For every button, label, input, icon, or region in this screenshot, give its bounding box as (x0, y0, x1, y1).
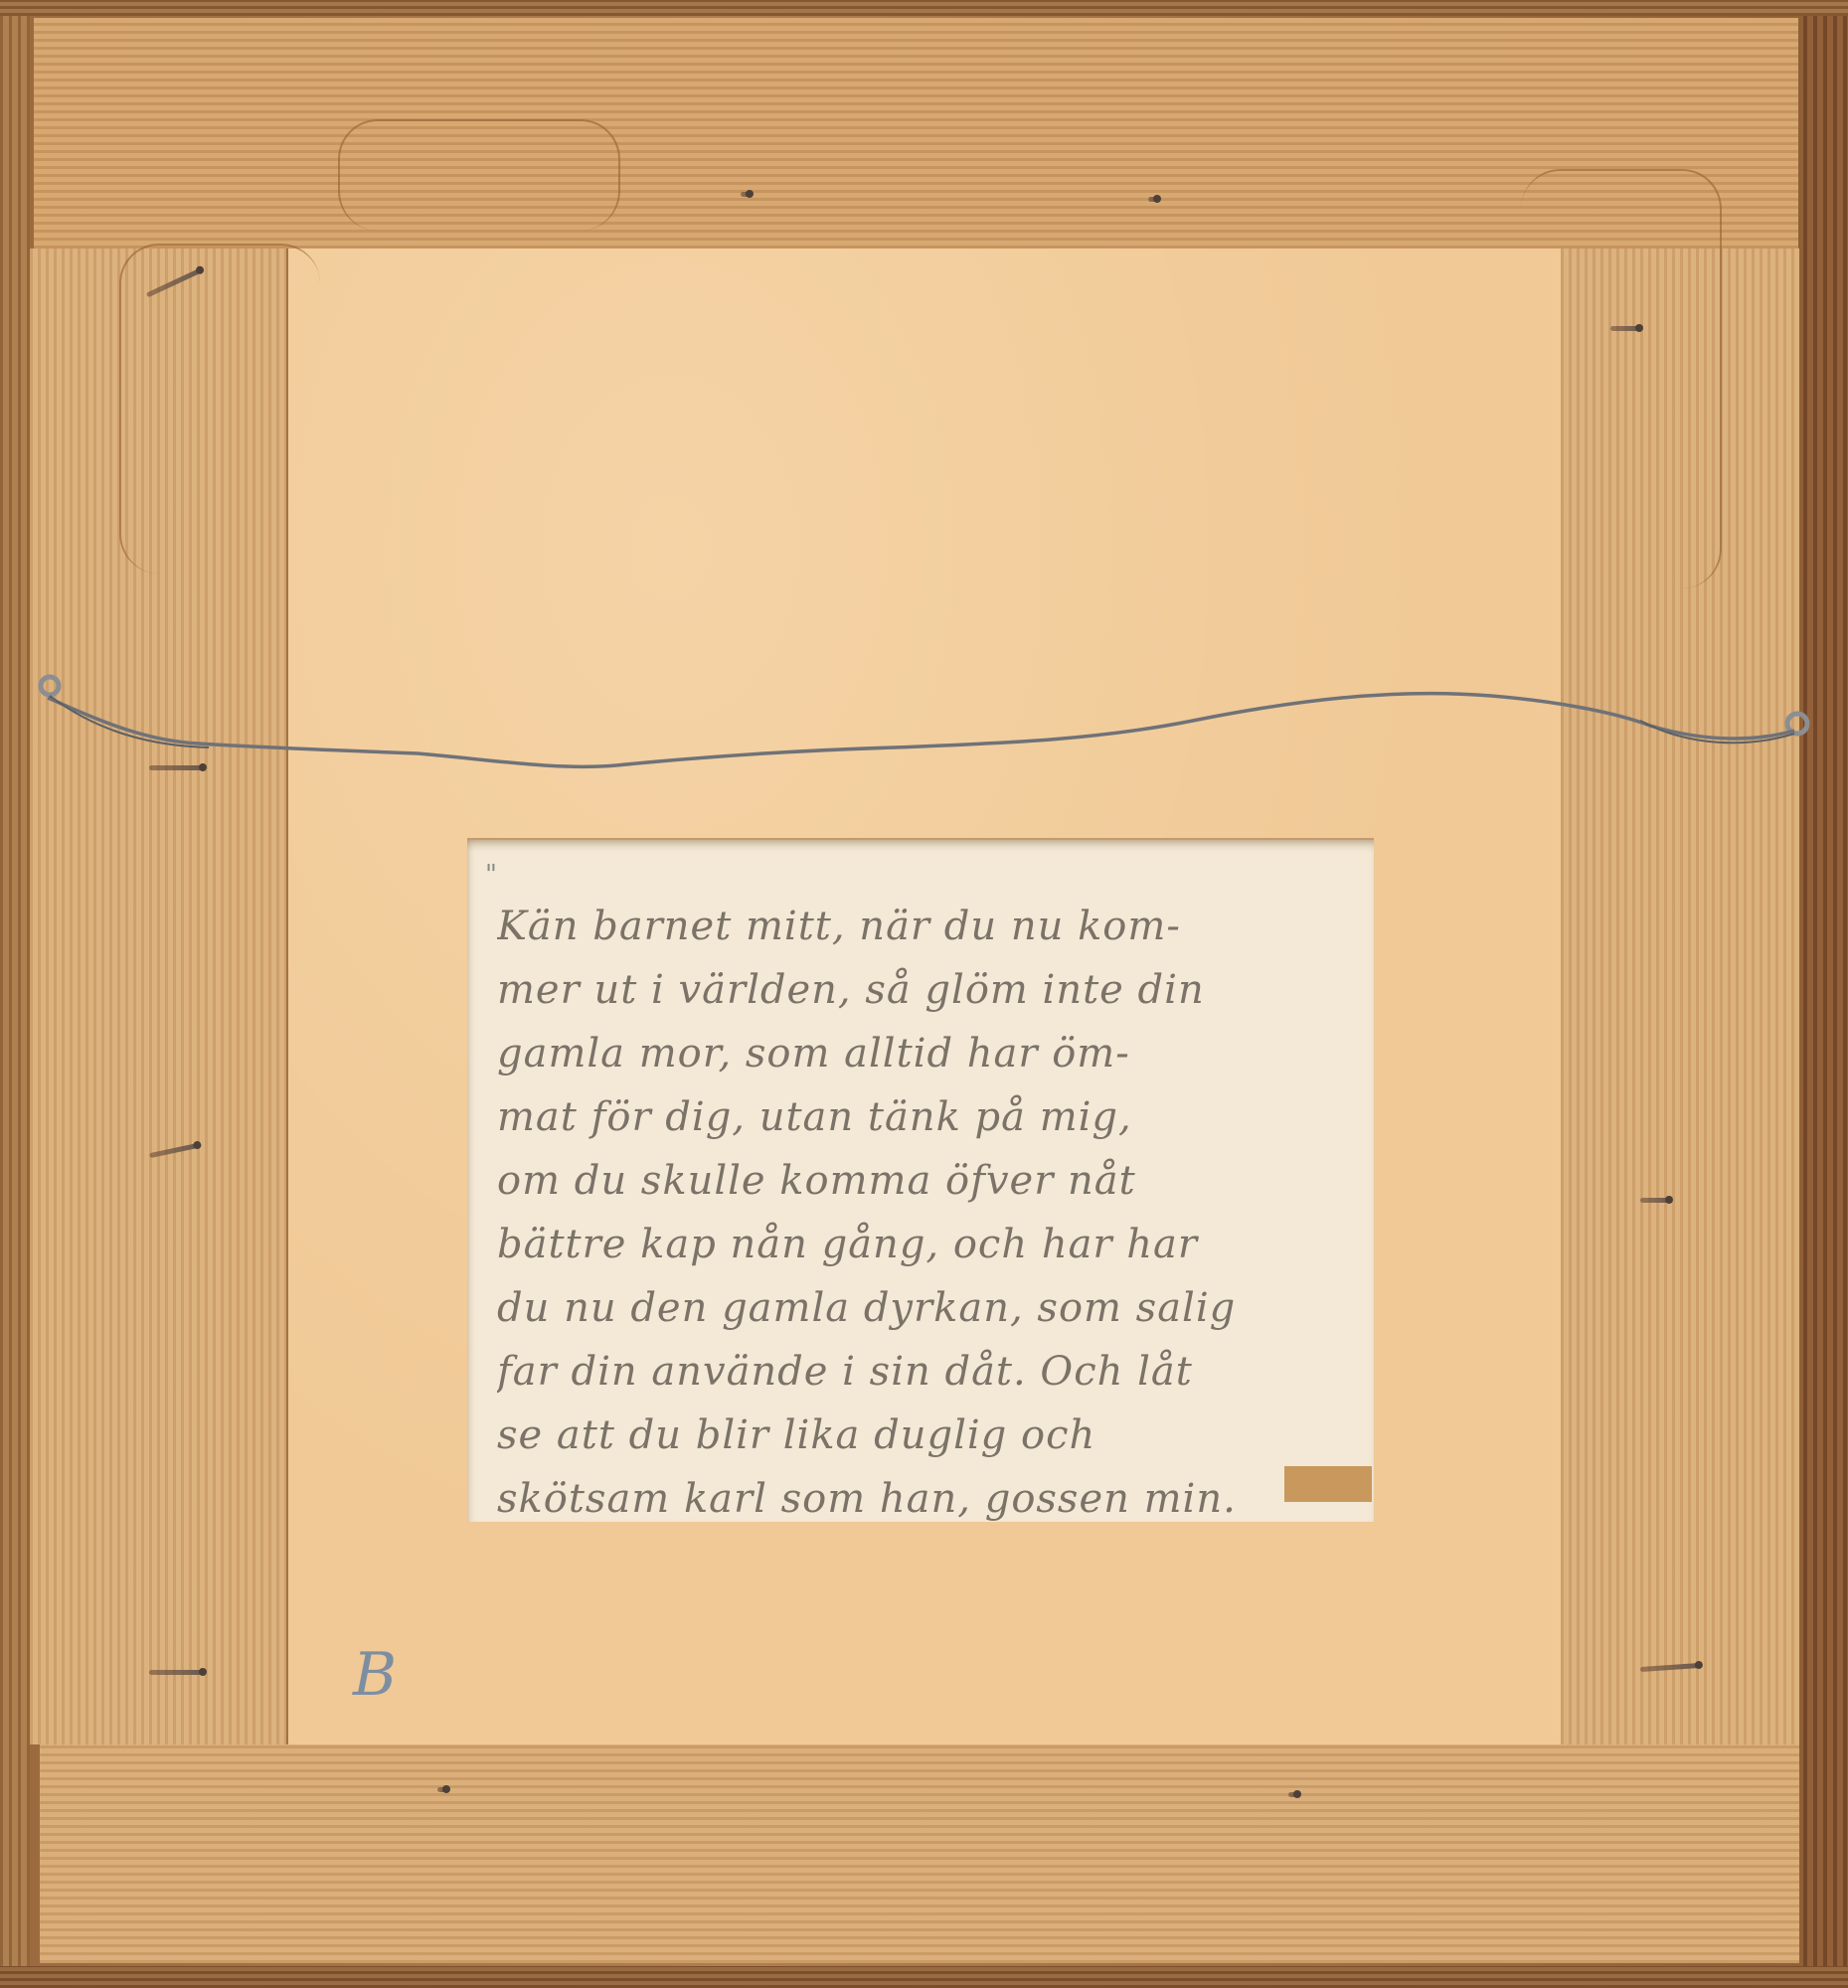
tape-tear-top (338, 119, 620, 231)
nail (1640, 1198, 1670, 1203)
nail (437, 1787, 447, 1792)
nail (1288, 1792, 1298, 1797)
note-line: Kän barnet mitt, när du nu kom- (497, 895, 1354, 958)
note-line: se att du blir lika duglig och (497, 1404, 1354, 1467)
tape-tear-right (1521, 169, 1722, 588)
nail (1610, 326, 1640, 331)
frame-bottom-edge (0, 1966, 1848, 1988)
handwritten-note: " Kän barnet mitt, när du nu kom- mer ut… (467, 838, 1374, 1522)
blue-pencil-mark: B (353, 1640, 397, 1710)
tape-stain (1284, 1466, 1372, 1502)
nail (149, 1670, 204, 1675)
frame-top-edge (0, 0, 1848, 16)
frame-left-edge (0, 0, 30, 1988)
note-line: bättre kap nån gång, och har har (497, 1213, 1354, 1276)
opening-quote-mark: " (485, 860, 497, 890)
nail (149, 765, 204, 770)
picture-frame: " Kän barnet mitt, när du nu kom- mer ut… (0, 0, 1848, 1988)
nail (1148, 197, 1158, 202)
note-line: far din använde i sin dåt. Och låt (497, 1340, 1354, 1404)
note-line: du nu den gamla dyrkan, som salig (497, 1276, 1354, 1340)
note-text: Kän barnet mitt, när du nu kom- mer ut i… (497, 895, 1354, 1531)
note-line: mat för dig, utan tänk på mig, (497, 1085, 1354, 1149)
tape-strip-bottom (40, 1744, 1799, 1963)
note-line: mer ut i världen, så glöm inte din (497, 958, 1354, 1022)
note-line: om du skulle komma öfver nåt (497, 1149, 1354, 1213)
frame-right-edge (1803, 0, 1848, 1988)
note-line: skötsam karl som han, gossen min. (497, 1467, 1354, 1531)
note-line: gamla mor, som alltid har öm- (497, 1022, 1354, 1085)
nail (741, 192, 751, 197)
